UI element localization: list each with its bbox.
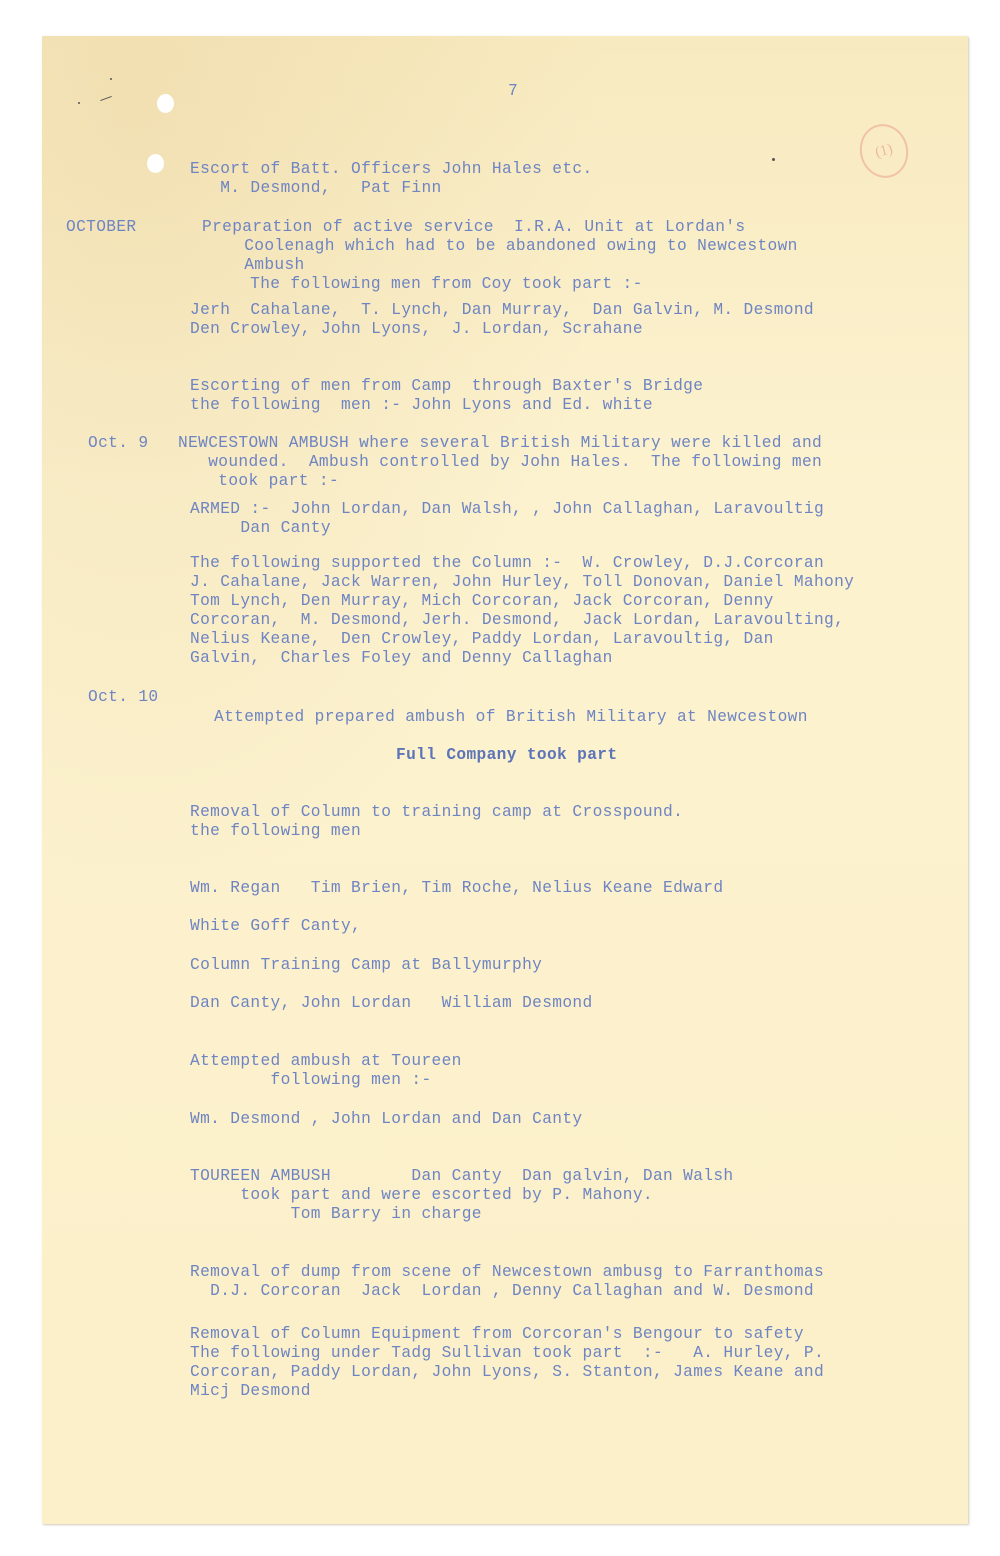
entry-line: Removal of Column Equipment from Corcora… <box>190 1325 804 1344</box>
entry-line: Ambush <box>214 256 305 275</box>
entry-line: NEWCESTOWN AMBUSH where several British … <box>178 434 822 453</box>
entry-line: Full Company took part <box>396 746 617 765</box>
entry-line: took part and were escorted by P. Mahony… <box>190 1186 653 1205</box>
entry-line: Escorting of men from Camp through Baxte… <box>190 377 703 396</box>
entry-line: Micj Desmond <box>190 1382 311 1401</box>
entry-line: wounded. Ambush controlled by John Hales… <box>178 453 822 472</box>
entry-line: Nelius Keane, Den Crowley, Paddy Lordan,… <box>190 630 774 649</box>
entry-line: Preparation of active service I.R.A. Uni… <box>202 218 745 237</box>
document-page: 7 (1) Escort of Batt. Officers John Hale… <box>42 36 968 1524</box>
entry-line: Wm. Regan Tim Brien, Tim Roche, Nelius K… <box>190 879 723 898</box>
entry-line: D.J. Corcoran Jack Lordan , Denny Callag… <box>190 1282 814 1301</box>
entry-line: Dan Canty <box>190 519 331 538</box>
punch-hole <box>157 94 174 113</box>
entry-line: following men :- <box>190 1071 432 1090</box>
entry-date: Oct. 9 <box>88 434 148 453</box>
speck <box>100 96 112 101</box>
entry-line: Tom Lynch, Den Murray, Mich Corcoran, Ja… <box>190 592 774 611</box>
entry-line: Jerh Cahalane, T. Lynch, Dan Murray, Dan… <box>190 301 814 320</box>
entry-line: White Goff Canty, <box>190 917 361 936</box>
entry-line: Corcoran, Paddy Lordan, John Lyons, S. S… <box>190 1363 824 1382</box>
entry-date: OCTOBER <box>66 218 136 237</box>
entry-line: TOUREEN AMBUSH Dan Canty Dan galvin, Dan… <box>190 1167 733 1186</box>
punch-hole <box>147 154 164 173</box>
entry-line: Den Crowley, John Lyons, J. Lordan, Scra… <box>190 320 643 339</box>
entry-line: Dan Canty, John Lordan William Desmond <box>190 994 593 1013</box>
entry-date: Oct. 10 <box>88 688 158 707</box>
entry-line: Galvin, Charles Foley and Denny Callagha… <box>190 649 613 668</box>
entry-line: ARMED :- John Lordan, Dan Walsh, , John … <box>190 500 824 519</box>
entry-line: Attempted prepared ambush of British Mil… <box>214 708 808 727</box>
entry-line: Tom Barry in charge <box>190 1205 482 1224</box>
entry-line: Removal of Column to training camp at Cr… <box>190 803 683 822</box>
speck <box>78 102 80 104</box>
entry-line: the following men <box>190 822 361 841</box>
speck <box>772 158 775 161</box>
page-number: 7 <box>508 82 518 101</box>
entry-line: took part :- <box>178 472 339 491</box>
entry-line: M. Desmond, Pat Finn <box>190 179 442 198</box>
entry-line: Escort of Batt. Officers John Hales etc. <box>190 160 593 179</box>
entry-line: Corcoran, M. Desmond, Jerh. Desmond, Jac… <box>190 611 844 630</box>
entry-line: Coolenagh which had to be abandoned owin… <box>214 237 798 256</box>
entry-line: The following supported the Column :- W.… <box>190 554 824 573</box>
entry-line: The following under Tadg Sullivan took p… <box>190 1344 824 1363</box>
entry-line: The following men from Coy took part :- <box>230 275 643 294</box>
entry-line: Column Training Camp at Ballymurphy <box>190 956 542 975</box>
entry-line: Removal of dump from scene of Newcestown… <box>190 1263 824 1282</box>
archive-stamp: (1) <box>854 119 914 184</box>
speck <box>110 78 112 80</box>
entry-line: Attempted ambush at Toureen <box>190 1052 462 1071</box>
entry-line: J. Cahalane, Jack Warren, John Hurley, T… <box>190 573 854 592</box>
entry-line: the following men :- John Lyons and Ed. … <box>190 396 653 415</box>
entry-line: Wm. Desmond , John Lordan and Dan Canty <box>190 1110 583 1129</box>
